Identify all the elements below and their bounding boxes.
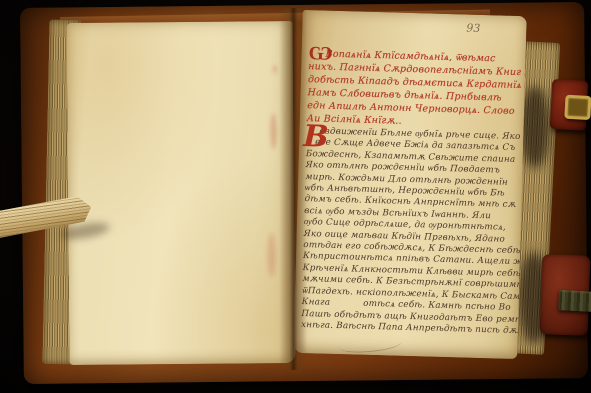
folio-number: 93 [466,22,480,35]
red-ink-offset-mark [273,65,277,73]
manuscript-photo: 93 Ѡ Вопаѧнїѧ Ктїсамдѣѧнїѧ, ѿвѣмас нихъ.… [0,0,591,393]
clasp-shadow-top [520,86,550,168]
body-text: В оздвиженїи Бѣлне ѹбнїѧ рѣче сице. Яко … [301,126,520,337]
top-clasp [550,79,591,131]
red-ink-offset-mark [267,233,275,277]
ornamental-initial-omega: Ѡ [308,44,332,64]
right-text-page: 93 Ѡ Вопаѧнїѧ Ктїсамдѣѧнїѧ, ѿвѣмас нихъ.… [293,10,526,359]
faint-pencil-mark [339,335,402,355]
manuscript-text-block: Ѡ Вопаѧнїѧ Ктїсамдѣѧнїѧ, ѿвѣмас нихъ. Па… [301,47,522,337]
bottom-clasp [540,254,591,338]
rubric-heading: Ѡ Вопаѧнїѧ Ктїсамдѣѧнїѧ, ѿвѣмас нихъ. Па… [307,47,522,131]
red-ink-offset-mark [270,113,276,149]
ornamental-initial-letter: В [303,122,329,153]
brass-buckle [564,95,591,120]
left-blank-page [67,21,296,365]
